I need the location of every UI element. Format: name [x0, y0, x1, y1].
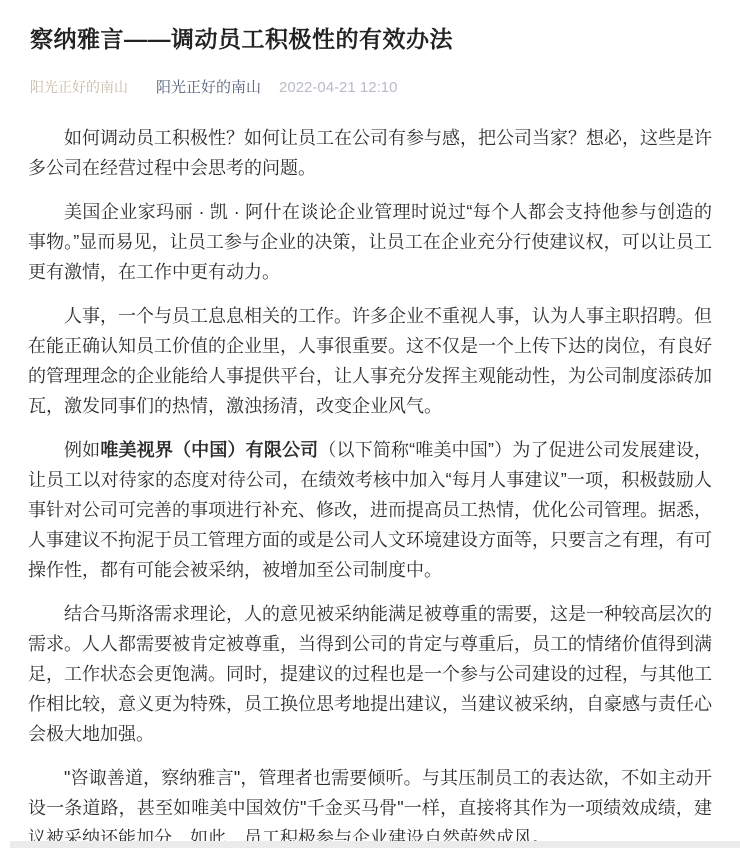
horizontal-scrollbar-track[interactable]	[10, 841, 740, 848]
article-title: 察纳雅言——调动员工积极性的有效办法	[30, 24, 712, 54]
paragraph: 美国企业家玛丽 · 凯 · 阿什在谈论企业管理时说过“每个人都会支持他参与创造的…	[28, 197, 712, 287]
paragraph-text: 美国企业家玛丽 · 凯 · 阿什在谈论企业管理时说过“每个人都会支持他参与创造的…	[28, 202, 712, 282]
paragraph: 例如唯美视界（中国）有限公司（以下简称“唯美中国”）为了促进公司发展建设，让员工…	[28, 435, 712, 585]
paragraph: 人事，一个与员工息息相关的工作。许多企业不重视人事，认为人事主职招聘。但在能正确…	[28, 301, 712, 421]
paragraph: 如何调动员工积极性？如何让员工在公司有参与感，把公司当家？想必，这些是许多公司在…	[28, 123, 712, 183]
article-container: 察纳雅言——调动员工积极性的有效办法 阳光正好的南山 阳光正好的南山 2022-…	[0, 0, 740, 848]
paragraph: "咨诹善道，察纳雅言"，管理者也需要倾听。与其压制员工的表达欲，不如主动开设一条…	[28, 763, 712, 848]
paragraph-text: 结合马斯洛需求理论，人的意见被采纳能满足被尊重的需要，这是一种较高层次的需求。人…	[28, 604, 712, 744]
paragraph-text: （以下简称“唯美中国”）为了促进公司发展建设，让员工以对待家的态度对待公司，在绩…	[28, 440, 712, 580]
publish-timestamp: 2022-04-21 12:10	[279, 79, 397, 96]
paragraph: 结合马斯洛需求理论，人的意见被采纳能满足被尊重的需要，这是一种较高层次的需求。人…	[28, 599, 712, 749]
paragraph-text: "咨诹善道，察纳雅言"，管理者也需要倾听。与其压制员工的表达欲，不如主动开设一条…	[28, 768, 712, 848]
author-tag: 阳光正好的南山	[30, 77, 128, 97]
paragraph-text: 例如	[64, 440, 100, 460]
article-page: 察纳雅言——调动员工积极性的有效办法 阳光正好的南山 阳光正好的南山 2022-…	[0, 0, 740, 848]
author-link[interactable]: 阳光正好的南山	[156, 76, 261, 97]
byline: 阳光正好的南山 阳光正好的南山 2022-04-21 12:10	[30, 76, 712, 97]
paragraph-text: 如何调动员工积极性？如何让员工在公司有参与感，把公司当家？想必，这些是许多公司在…	[28, 128, 712, 178]
article-body: 如何调动员工积极性？如何让员工在公司有参与感，把公司当家？想必，这些是许多公司在…	[28, 123, 712, 848]
paragraph-text: 人事，一个与员工息息相关的工作。许多企业不重视人事，认为人事主职招聘。但在能正确…	[28, 306, 712, 416]
company-name-bold: 唯美视界（中国）有限公司	[100, 440, 318, 460]
